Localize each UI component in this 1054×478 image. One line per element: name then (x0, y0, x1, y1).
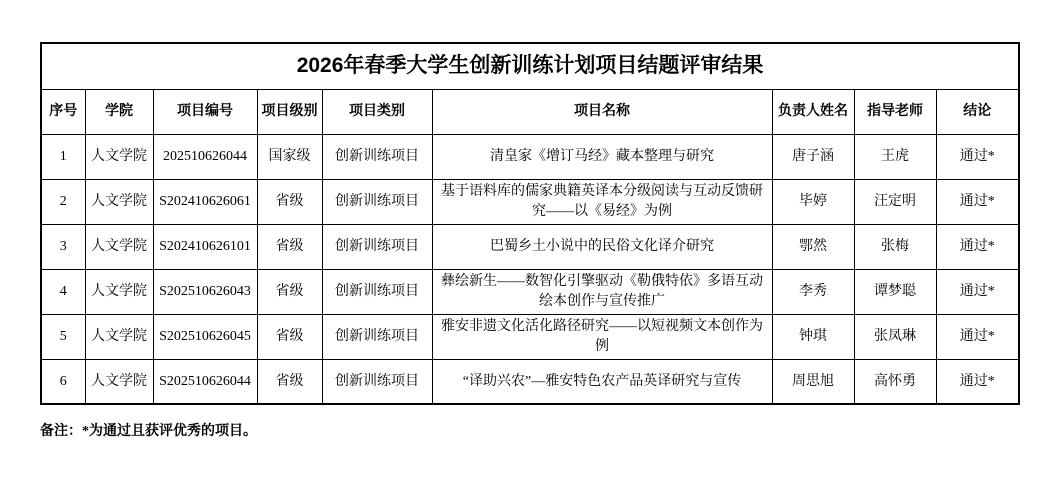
review-result-document: 2026年春季大学生创新训练计划项目结题评审结果 序号 学院 项目编号 项目级别… (40, 42, 1018, 440)
column-header-category: 项目类别 (322, 89, 432, 134)
cell-category: 创新训练项目 (322, 134, 432, 179)
table-row: 6 人文学院 S202510626044 省级 创新训练项目 “译助兴农”—雅安… (41, 359, 1019, 404)
cell-project-name: 雅安非遗文化活化路径研究——以短视频文本创作为例 (432, 314, 772, 359)
cell-level: 省级 (257, 314, 322, 359)
cell-college: 人文学院 (85, 314, 153, 359)
cell-level: 省级 (257, 224, 322, 269)
cell-project-id: S202410626101 (153, 224, 257, 269)
cell-college: 人文学院 (85, 224, 153, 269)
cell-project-id: S202510626044 (153, 359, 257, 404)
cell-no: 5 (41, 314, 85, 359)
table-row: 1 人文学院 202510626044 国家级 创新训练项目 清皇家《增订马经》… (41, 134, 1019, 179)
table-row: 5 人文学院 S202510626045 省级 创新训练项目 雅安非遗文化活化路… (41, 314, 1019, 359)
cell-college: 人文学院 (85, 269, 153, 314)
cell-category: 创新训练项目 (322, 179, 432, 224)
cell-leader: 毕婷 (772, 179, 854, 224)
table-header-row: 序号 学院 项目编号 项目级别 项目类别 项目名称 负责人姓名 指导老师 结论 (41, 89, 1019, 134)
cell-no: 3 (41, 224, 85, 269)
cell-leader: 周思旭 (772, 359, 854, 404)
cell-category: 创新训练项目 (322, 269, 432, 314)
table-row: 4 人文学院 S202510626043 省级 创新训练项目 彝绘新生——数智化… (41, 269, 1019, 314)
cell-category: 创新训练项目 (322, 359, 432, 404)
cell-project-name: 基于语料库的儒家典籍英译本分级阅读与互动反馈研究——以《易经》为例 (432, 179, 772, 224)
cell-project-name: 彝绘新生——数智化引擎驱动《勒俄特依》多语互动绘本创作与宣传推广 (432, 269, 772, 314)
review-result-table: 2026年春季大学生创新训练计划项目结题评审结果 序号 学院 项目编号 项目级别… (40, 42, 1020, 405)
cell-no: 6 (41, 359, 85, 404)
cell-level: 省级 (257, 269, 322, 314)
cell-level: 国家级 (257, 134, 322, 179)
cell-project-id: S202410626061 (153, 179, 257, 224)
column-header-leader: 负责人姓名 (772, 89, 854, 134)
column-header-college: 学院 (85, 89, 153, 134)
cell-level: 省级 (257, 359, 322, 404)
table-title: 2026年春季大学生创新训练计划项目结题评审结果 (41, 43, 1019, 89)
column-header-project-name: 项目名称 (432, 89, 772, 134)
cell-category: 创新训练项目 (322, 224, 432, 269)
cell-conclusion: 通过* (936, 314, 1019, 359)
cell-advisor: 汪定明 (854, 179, 936, 224)
table-row: 2 人文学院 S202410626061 省级 创新训练项目 基于语料库的儒家典… (41, 179, 1019, 224)
page: { "title": "2026年春季大学生创新训练计划项目结题评审结果", "… (0, 0, 1054, 478)
cell-conclusion: 通过* (936, 134, 1019, 179)
cell-project-name: 巴蜀乡土小说中的民俗文化译介研究 (432, 224, 772, 269)
cell-leader: 李秀 (772, 269, 854, 314)
column-header-conclusion: 结论 (936, 89, 1019, 134)
cell-no: 2 (41, 179, 85, 224)
cell-advisor: 张凤琳 (854, 314, 936, 359)
column-header-level: 项目级别 (257, 89, 322, 134)
cell-college: 人文学院 (85, 134, 153, 179)
cell-project-id: S202510626045 (153, 314, 257, 359)
cell-conclusion: 通过* (936, 359, 1019, 404)
cell-advisor: 王虎 (854, 134, 936, 179)
cell-advisor: 张梅 (854, 224, 936, 269)
cell-no: 1 (41, 134, 85, 179)
table-title-row: 2026年春季大学生创新训练计划项目结题评审结果 (41, 43, 1019, 89)
column-header-no: 序号 (41, 89, 85, 134)
cell-leader: 唐子涵 (772, 134, 854, 179)
cell-category: 创新训练项目 (322, 314, 432, 359)
cell-college: 人文学院 (85, 179, 153, 224)
cell-leader: 鄂然 (772, 224, 854, 269)
column-header-project-id: 项目编号 (153, 89, 257, 134)
cell-project-name: “译助兴农”—雅安特色农产品英译研究与宣传 (432, 359, 772, 404)
cell-advisor: 高怀勇 (854, 359, 936, 404)
cell-no: 4 (41, 269, 85, 314)
cell-level: 省级 (257, 179, 322, 224)
cell-advisor: 谭梦聪 (854, 269, 936, 314)
cell-conclusion: 通过* (936, 179, 1019, 224)
table-row: 3 人文学院 S202410626101 省级 创新训练项目 巴蜀乡土小说中的民… (41, 224, 1019, 269)
cell-conclusion: 通过* (936, 224, 1019, 269)
footnote: 备注：*为通过且获评优秀的项目。 (40, 420, 1018, 440)
cell-leader: 钟琪 (772, 314, 854, 359)
cell-project-id: S202510626043 (153, 269, 257, 314)
cell-project-name: 清皇家《增订马经》藏本整理与研究 (432, 134, 772, 179)
cell-conclusion: 通过* (936, 269, 1019, 314)
column-header-advisor: 指导老师 (854, 89, 936, 134)
cell-project-id: 202510626044 (153, 134, 257, 179)
cell-college: 人文学院 (85, 359, 153, 404)
